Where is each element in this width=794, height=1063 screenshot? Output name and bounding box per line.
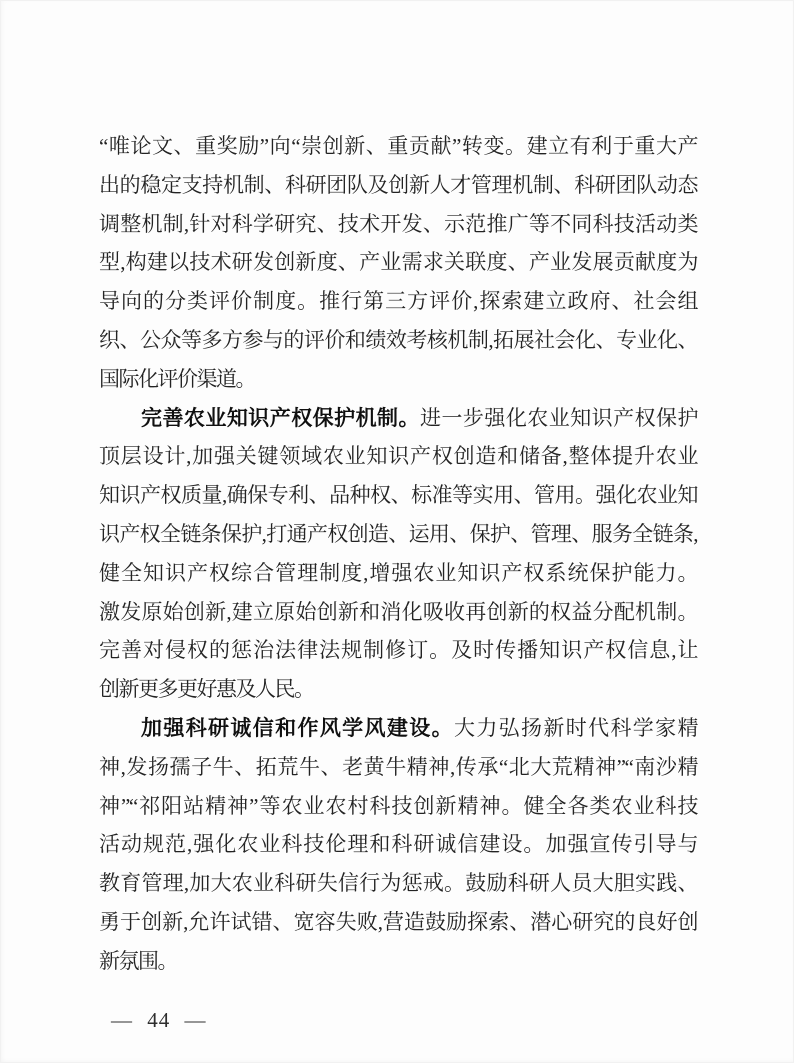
text-line: 神”“祁阳站精神”等农业农村科技创新精神。健全各类农业科技 [99,787,697,826]
text-line: 顶层设计,加强关键领域农业知识产权创造和储备,整体提升农业 [99,437,697,476]
text-line: 知识产权质量,确保专利、品种权、标准等实用、管用。强化农业知 [99,476,697,515]
text-line: 调整机制,针对科学研究、技术开发、示范推广等不同科技活动类 [99,205,697,244]
text-line: 出的稳定支持机制、科研团队及创新人才管理机制、科研团队动态 [99,166,697,205]
text-line: 国际化评价渠道。 [99,360,697,399]
text-line: 勇于创新,允许试错、宽容失败,营造鼓励探索、潜心研究的良好创 [99,903,697,942]
text-line: 激发原始创新,建立原始创新和消化吸收再创新的权益分配机制。 [99,593,697,632]
text-line: 神,发扬孺子牛、拓荒牛、老黄牛精神,传承“北大荒精神”“南沙精 [99,748,697,787]
text-line: “唯论文、重奖励”向“崇创新、重贡献”转变。建立有利于重大产 [99,127,697,166]
text-line: 加强科研诚信和作风学风建设。大力弘扬新时代科学家精 [99,709,697,748]
document-body-text: “唯论文、重奖励”向“崇创新、重贡献”转变。建立有利于重大产出的稳定支持机制、科… [99,127,697,981]
page-number: — 44 — [111,1008,207,1032]
text-line: 导向的分类评价制度。推行第三方评价,探索建立政府、社会组 [99,282,697,321]
line-text: 大力弘扬新时代科学家精 [454,716,697,740]
document-page: “唯论文、重奖励”向“崇创新、重贡献”转变。建立有利于重大产出的稳定支持机制、科… [0,0,794,1063]
text-line: 织、公众等多方参与的评价和绩效考核机制,拓展社会化、专业化、 [99,321,697,360]
text-line: 新氛围。 [99,942,697,981]
line-text: 进一步强化农业知识产权保护 [420,406,697,430]
text-line: 完善对侵权的惩治法律法规制修订。及时传播知识产权信息,让 [99,631,697,670]
text-line: 型,构建以技术研发创新度、产业需求关联度、产业发展贡献度为 [99,243,697,282]
text-line: 完善农业知识产权保护机制。进一步强化农业知识产权保护 [99,399,697,438]
text-line: 识产权全链条保护,打通产权创造、运用、保护、管理、服务全链条, [99,515,697,554]
page-footer: — 44 — [111,1008,207,1033]
text-line: 教育管理,加大农业科研失信行为惩戒。鼓励科研人员大胆实践、 [99,864,697,903]
text-line: 创新更多更好惠及人民。 [99,670,697,709]
text-line: 健全知识产权综合管理制度,增强农业知识产权系统保护能力。 [99,554,697,593]
paragraph-lead: 加强科研诚信和作风学风建设。 [141,716,454,740]
text-line: 活动规范,强化农业科技伦理和科研诚信建设。加强宣传引导与 [99,825,697,864]
paragraph-lead: 完善农业知识产权保护机制。 [141,406,420,430]
